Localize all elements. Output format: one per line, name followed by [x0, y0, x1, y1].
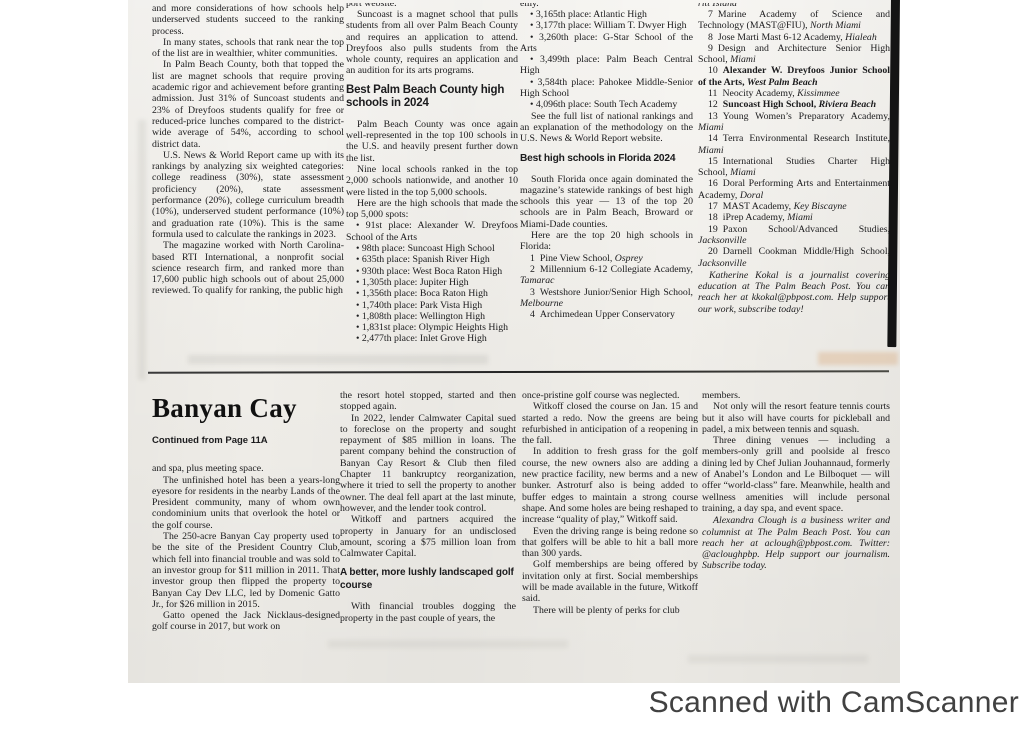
ranking-bullet-item: 635th place: Spanish River High: [346, 254, 518, 265]
paragraph: and spa, plus meeting space.: [152, 463, 340, 474]
section-heading-florida: Best high schools in Florida 2024: [520, 152, 693, 165]
school-city: Osprey: [615, 253, 643, 264]
school-name: Archimedean Upper Conservatory: [540, 309, 675, 320]
school-name: Doral Performing Arts and Entertainment …: [698, 178, 890, 200]
school-city: Jacksonville: [698, 258, 746, 269]
rank-number: 17: [708, 201, 718, 212]
paragraph: In 2022, lender Calmwater Capital sued t…: [340, 413, 516, 515]
school-city: Tamarac: [520, 275, 554, 286]
ranking-bullet-item: 930th place: West Boca Raton High: [346, 266, 518, 277]
rank-number: 3: [530, 287, 535, 298]
school-name: Young Women’s Preparatory Academy,: [723, 111, 890, 122]
continued-from-note: Continued from Page 11A: [152, 435, 340, 446]
ranking-bullet-item: 3,177th place: William T. Dwyer High: [520, 20, 693, 31]
byline-text: Katherine Kokal is a journalist covering…: [698, 270, 890, 315]
banyan-article-column-3: once-pristine golf course was neglected.…: [522, 390, 698, 672]
ranking-bullet-item: 2,477th place: Inlet Grove High: [346, 333, 518, 344]
scanned-newspaper-page: and more considerations of how schools h…: [0, 0, 1024, 730]
school-city: Doral: [740, 190, 763, 201]
school-name: Darnell Cookman Middle/High School,: [723, 246, 890, 257]
school-name: Suncoast High School,: [723, 99, 816, 110]
section-heading-palm-beach: Best Palm Beach County high schools in 2…: [346, 84, 518, 110]
ranked-school-item: 13Young Women’s Preparatory Academy, Mia…: [698, 111, 890, 134]
banyan-article-column-4: members. Not only will the resort featur…: [702, 390, 890, 672]
ranked-school-item: 14Terra Environmental Research Institute…: [698, 133, 890, 156]
ranked-school-item: 2Millennium 6-12 Collegiate Academy, Tam…: [520, 264, 693, 287]
school-name: iPrep Academy,: [723, 212, 785, 223]
rank-number: 10: [708, 65, 718, 76]
school-city: Miami: [698, 122, 724, 133]
ranking-bullet-item: 1,740th place: Park Vista High: [346, 300, 518, 311]
ranked-school-item: 15International Studies Charter High Sch…: [698, 156, 890, 179]
paragraph: The 250-acre Banyan Cay property used to…: [152, 531, 340, 610]
paragraph: Here are the high schools that made the …: [346, 198, 518, 221]
bleedthrough-smudge: [138, 120, 146, 380]
paragraph: See the full list of national rankings a…: [520, 111, 693, 145]
ranking-bullet-item: 1,808th place: Wellington High: [346, 311, 518, 322]
rankings-article-column-4: ritt Island 7Marine Academy of Science a…: [698, 3, 890, 373]
school-name: Neocity Academy,: [722, 88, 794, 99]
paragraph: Even the driving range is being redone s…: [522, 526, 698, 560]
paragraph: The magazine worked with North Carolina-…: [152, 240, 344, 296]
paragraph: Here are the top 20 high schools in Flor…: [520, 230, 693, 253]
section-heading-golf-course: A better, more lushly landscaped golf co…: [340, 567, 516, 592]
school-rank-bullet-list: 91st place: Alexander W. Dreyfoos School…: [346, 220, 518, 344]
school-name: Design and Architecture Senior High Scho…: [698, 43, 890, 65]
ranked-school-item: 9Design and Architecture Senior High Sch…: [698, 43, 890, 66]
banyan-cay-headline: Banyan Cay: [152, 394, 340, 422]
ranking-bullet-item: 1,356th place: Boca Raton High: [346, 288, 518, 299]
paragraph: Gatto opened the Jack Nicklaus-designed …: [152, 610, 340, 633]
ranked-school-item: 16Doral Performing Arts and Entertainmen…: [698, 178, 890, 201]
paragraph: the resort hotel stopped, started and th…: [340, 390, 516, 413]
school-name: Jose Marti Mast 6-12 Academy,: [718, 32, 843, 43]
rankings-article-column-3: emy. 3,165th place: Atlantic High 3,177t…: [520, 3, 693, 373]
ranked-school-item: 11Neocity Academy, Kissimmee: [698, 88, 890, 99]
school-city: Jacksonville: [698, 235, 746, 246]
school-city: Riviera Beach: [819, 99, 876, 110]
rank-number: 4: [530, 309, 535, 320]
paragraph: Suncoast is a magnet school that pulls s…: [346, 9, 518, 77]
paragraph: There will be plenty of perks for club: [522, 605, 698, 616]
banyan-article-column-1: Banyan Cay Continued from Page 11A and s…: [152, 390, 340, 672]
school-name: International Studies Charter High Schoo…: [698, 156, 890, 178]
ranked-school-item: 10Alexander W. Dreyfoos Junior School of…: [698, 65, 890, 88]
ranking-bullet-item: 3,584th place: Pahokee Middle-Senior Hig…: [520, 77, 693, 100]
paragraph: Witkoff closed the course on Jan. 15 and…: [522, 401, 698, 446]
rank-number: 9: [708, 43, 713, 54]
newsprint-sheet: and more considerations of how schools h…: [128, 0, 900, 683]
ranked-school-item: 20Darnell Cookman Middle/High School, Ja…: [698, 246, 890, 269]
paragraph: South Florida once again dominated the m…: [520, 174, 693, 230]
ranked-school-item: 4Archimedean Upper Conservatory: [520, 309, 693, 320]
school-rank-bullet-list: 3,165th place: Atlantic High 3,177th pla…: [520, 9, 693, 111]
article-divider-rule: [148, 370, 889, 374]
ranked-school-item: 8Jose Marti Mast 6-12 Academy, Hialeah: [698, 32, 890, 43]
paragraph: Palm Beach County was once again well-re…: [346, 119, 518, 164]
paragraph: In many states, schools that rank near t…: [152, 37, 344, 60]
rank-number: 1: [530, 253, 535, 264]
paragraph: Three dining venues — including a member…: [702, 435, 890, 514]
ranking-bullet-item: 1,305th place: Jupiter High: [346, 277, 518, 288]
rank-number: 12: [708, 99, 718, 110]
ranked-school-item: 12Suncoast High School, Riviera Beach: [698, 99, 890, 110]
byline-text: Alexandra Clough is a business writer an…: [702, 515, 890, 571]
paragraph: In Palm Beach County, both that topped t…: [152, 59, 344, 149]
school-city: Hialeah: [845, 32, 877, 43]
school-name: Millennium 6-12 Collegiate Academy,: [540, 264, 693, 275]
rankings-article-column-1: and more considerations of how schools h…: [152, 3, 344, 373]
ranked-school-item: 18iPrep Academy, Miami: [698, 212, 890, 223]
rank-number: 2: [530, 264, 535, 275]
school-name: Westshore Junior/Senior High School,: [540, 287, 693, 298]
school-city: North Miami: [810, 20, 861, 31]
rank-number: 8: [708, 32, 713, 43]
ranking-bullet-item: 4,096th place: South Tech Academy: [520, 99, 693, 110]
school-city: Miami: [730, 54, 756, 65]
banyan-article-column-2: the resort hotel stopped, started and th…: [340, 390, 516, 672]
school-city: Miami: [698, 145, 724, 156]
rank-number: 13: [708, 111, 718, 122]
camscanner-watermark: Scanned with CamScanner: [649, 686, 1019, 720]
rank-number: 15: [708, 156, 718, 167]
school-name: Paxon School/Advanced Studies,: [723, 224, 890, 235]
author-byline-kokal: Katherine Kokal is a journalist covering…: [698, 270, 890, 315]
rank-number: 11: [708, 88, 717, 99]
author-byline-clough: Alexandra Clough is a business writer an…: [702, 515, 890, 571]
school-city: Miami: [730, 167, 756, 178]
school-city: Kissimmee: [797, 88, 839, 99]
school-name: Marine Academy of Science and Technology…: [698, 9, 890, 31]
paragraph: Witkoff and partners acquired the proper…: [340, 514, 516, 559]
paragraph: U.S. News & World Report came up with it…: [152, 150, 344, 240]
rank-number: 20: [708, 246, 718, 257]
paragraph: and more considerations of how schools h…: [152, 3, 344, 37]
school-name: Pine View School,: [540, 253, 612, 264]
school-city: West Palm Beach: [747, 77, 818, 88]
ranking-bullet-item: 3,499th place: Palm Beach Central High: [520, 54, 693, 77]
ranked-school-item: 7Marine Academy of Science and Technolog…: [698, 9, 890, 32]
paragraph: once-pristine golf course was neglected.: [522, 390, 698, 401]
school-city: Key Biscayne: [794, 201, 847, 212]
ranked-school-item: 19Paxon School/Advanced Studies, Jackson…: [698, 224, 890, 247]
paragraph: Nine local schools ranked in the top 2,0…: [346, 164, 518, 198]
rank-number: 14: [708, 133, 718, 144]
ranked-school-item: 17MAST Academy, Key Biscayne: [698, 201, 890, 212]
paragraph: members.: [702, 390, 890, 401]
paragraph: The unfinished hotel has been a years-lo…: [152, 475, 340, 531]
rank-number: 7: [708, 9, 713, 20]
paragraph: With financial troubles dogging the prop…: [340, 601, 516, 624]
rankings-article-column-2: port website. Suncoast is a magnet schoo…: [346, 3, 518, 373]
ranking-bullet-item: 91st place: Alexander W. Dreyfoos School…: [346, 220, 518, 243]
school-city: Melbourne: [520, 298, 563, 309]
ranking-bullet-item: 98th place: Suncoast High School: [346, 243, 518, 254]
ranking-bullet-item: 1,831st place: Olympic Heights High: [346, 322, 518, 333]
paragraph: Not only will the resort feature tennis …: [702, 401, 890, 435]
ranked-school-item: 1Pine View School, Osprey: [520, 253, 693, 264]
ranking-bullet-item: 3,260th place: G-Star School of the Arts: [520, 32, 693, 55]
school-city: Miami: [787, 212, 813, 223]
ranking-bullet-item: 3,165th place: Atlantic High: [520, 9, 693, 20]
school-name: MAST Academy,: [723, 201, 791, 212]
paragraph: In addition to fresh grass for the golf …: [522, 446, 698, 525]
paragraph: Golf memberships are being offered by in…: [522, 559, 698, 604]
rank-number: 19: [708, 224, 718, 235]
school-name: Terra Environmental Research Institute,: [723, 133, 890, 144]
rank-number: 18: [708, 212, 718, 223]
ranked-school-item: 3Westshore Junior/Senior High School, Me…: [520, 287, 693, 310]
rank-number: 16: [708, 178, 718, 189]
